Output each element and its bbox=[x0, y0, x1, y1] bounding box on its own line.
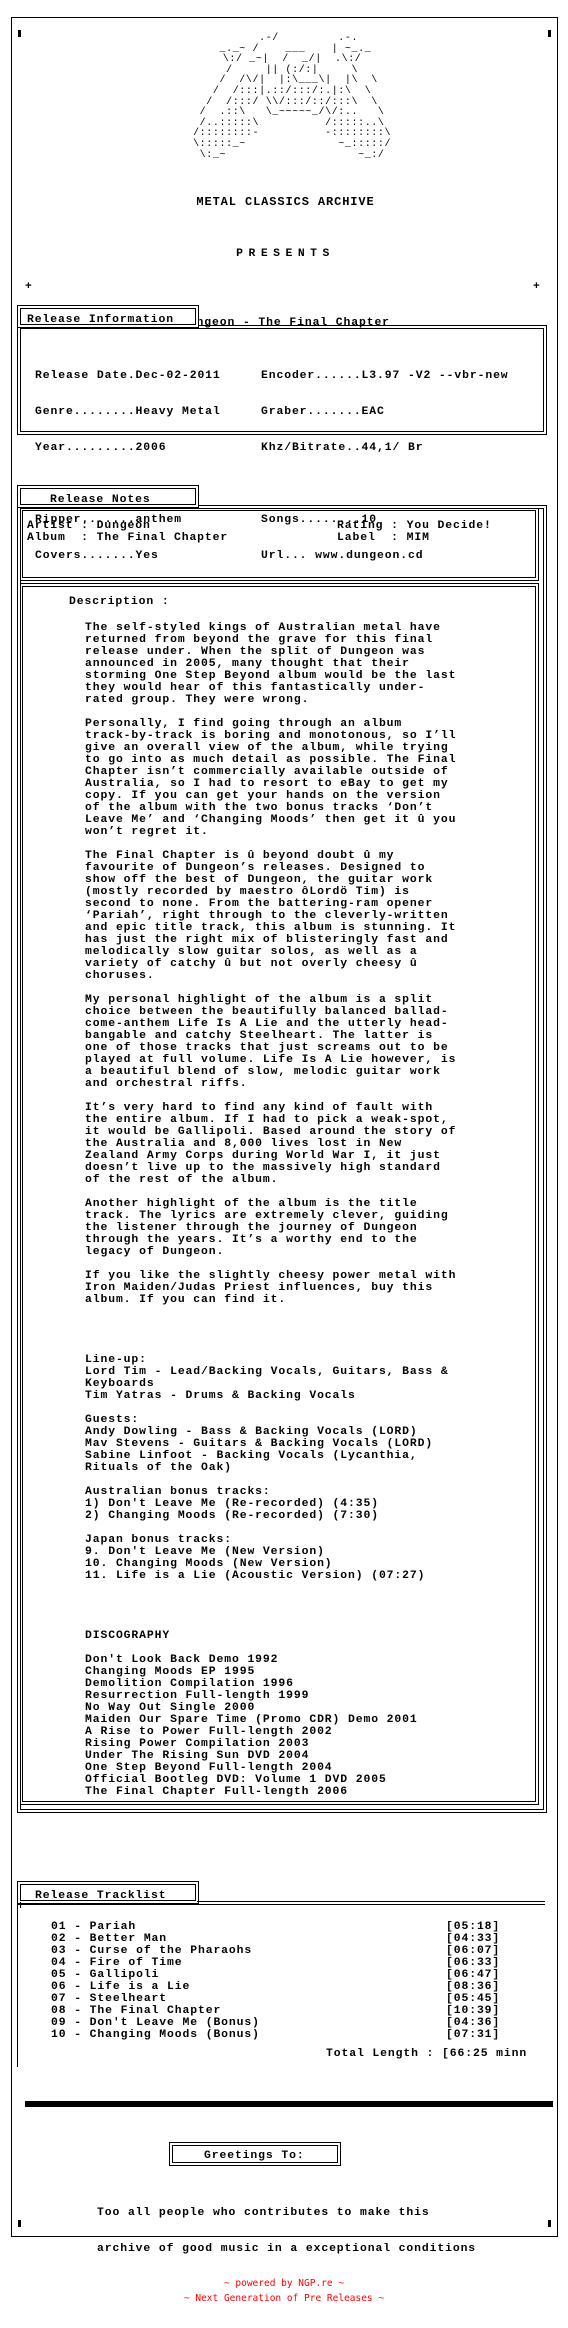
description-paragraph: It’s very hard to find any kind of fault… bbox=[85, 1102, 456, 1186]
description-paragraph: If you like the slightly cheesy power me… bbox=[85, 1270, 456, 1306]
track-title: 04 - Fire of Time bbox=[51, 1957, 183, 1969]
description-paragraph: My personal highlight of the album is a … bbox=[85, 994, 456, 1090]
notes-section-line: 9. Don't Leave Me (New Version) bbox=[85, 1546, 456, 1558]
release-info-line: Genre........Heavy Metal bbox=[35, 406, 221, 418]
notes-section-line: 10. Changing Moods (New Version) bbox=[85, 1558, 456, 1570]
track-length: [10:39] bbox=[446, 2005, 500, 2017]
description-paragraph: The self-styled kings of Australian meta… bbox=[85, 622, 456, 706]
discography-item: No Way Out Single 2000 bbox=[85, 1702, 456, 1714]
track-length: [04:36] bbox=[446, 2017, 500, 2029]
release-notes-description-panel: Description : The self-styled kings of A… bbox=[20, 583, 539, 1805]
track-title: 05 - Gallipoli bbox=[51, 1969, 159, 1981]
track-title: 09 - Don't Leave Me (Bonus) bbox=[51, 2017, 260, 2029]
notes-section-heading: Australian bonus tracks: bbox=[85, 1486, 456, 1498]
title-marker-right: + bbox=[533, 281, 541, 293]
notes-section-heading: Line-up: bbox=[85, 1354, 456, 1366]
release-notes-tab-label: Release Notes bbox=[50, 494, 151, 506]
discography-item: Demolition Compilation 1996 bbox=[85, 1678, 456, 1690]
discography-item: Changing Moods EP 1995 bbox=[85, 1666, 456, 1678]
release-info-box: Release Date.Dec-02-2011 Genre........He… bbox=[17, 326, 547, 435]
notes-section-heading: Guests: bbox=[85, 1414, 456, 1426]
track-title: 10 - Changing Moods (Bonus) bbox=[51, 2029, 260, 2041]
notes-section-line: Lord Tim - Lead/Backing Vocals, Guitars,… bbox=[85, 1366, 456, 1378]
notes-section-line: Andy Dowling - Bass & Backing Vocals (LO… bbox=[85, 1426, 456, 1438]
tracklist-box: 01 - Pariah[05:18]02 - Better Man[04:33]… bbox=[17, 1902, 545, 2067]
discography-item: Don't Look Back Demo 1992 bbox=[85, 1654, 456, 1666]
total-length: Total Length : [66:25 minn bbox=[326, 2048, 527, 2060]
release-notes-summary-panel: Artist : Dungeon Album : The Final Chapt… bbox=[20, 508, 539, 581]
track-row: 04 - Fire of Time[06:33] bbox=[51, 1957, 511, 1969]
track-row: 01 - Pariah[05:18] bbox=[51, 1921, 511, 1933]
notes-section-line: Sabine Linfoot - Backing Vocals (Lycanth… bbox=[85, 1450, 456, 1462]
track-row: 03 - Curse of the Pharaohs[06:07] bbox=[51, 1945, 511, 1957]
track-length: [07:31] bbox=[446, 2029, 500, 2041]
notes-section-heading: Japan bonus tracks: bbox=[85, 1534, 456, 1546]
release-info-tab-label: Release Information bbox=[27, 314, 174, 326]
track-list: 01 - Pariah[05:18]02 - Better Man[04:33]… bbox=[51, 1921, 511, 2041]
release-notes-tab: Release Notes bbox=[17, 485, 199, 508]
track-row: 06 - Life is a Lie[08:36] bbox=[51, 1981, 511, 1993]
release-info-line: Release Date.Dec-02-2011 bbox=[35, 370, 221, 382]
notes-section-line: Tim Yatras - Drums & Backing Vocals bbox=[85, 1390, 456, 1402]
discography-item: A Rise to Power Full-length 2002 bbox=[85, 1726, 456, 1738]
track-length: [08:36] bbox=[446, 1981, 500, 1993]
nfo-frame: .-/ .-. _._~ / ___ | ~_._ \:/ _~| / _/| … bbox=[11, 17, 558, 2237]
artist-line: Artist : Dungeon bbox=[27, 520, 151, 532]
notes-section-line: Rituals of the Oak) bbox=[85, 1462, 456, 1474]
track-row: 10 - Changing Moods (Bonus)[07:31] bbox=[51, 2029, 511, 2041]
greetings-text: Too all people who contributes to make t… bbox=[97, 2183, 476, 2279]
discography-item: Resurrection Full-length 1999 bbox=[85, 1690, 456, 1702]
notes-section-line: 2) Changing Moods (Re-recorded) (7:30) bbox=[85, 1510, 456, 1522]
frame-corner-marker bbox=[548, 2220, 551, 2227]
track-title: 03 - Curse of the Pharaohs bbox=[51, 1945, 252, 1957]
track-row: 09 - Don't Leave Me (Bonus)[04:36] bbox=[51, 2017, 511, 2029]
tracklist-tab-label: Release Tracklist bbox=[35, 1890, 167, 1902]
discography-item: One Step Beyond Full-length 2004 bbox=[85, 1762, 456, 1774]
release-info-line: Encoder......L3.97 -V2 --vbr-new bbox=[261, 370, 509, 382]
discography-item: Official Bootleg DVD: Volume 1 DVD 2005 bbox=[85, 1774, 456, 1786]
description-paragraph: Personally, I find going through an albu… bbox=[85, 718, 456, 838]
track-row: 07 - Steelheart[05:45] bbox=[51, 1993, 511, 2005]
track-row: 08 - The Final Chapter[10:39] bbox=[51, 2005, 511, 2017]
greetings-line: Too all people who contributes to make t… bbox=[97, 2207, 476, 2219]
discography-item: Under The Rising Sun DVD 2004 bbox=[85, 1750, 456, 1762]
track-length: [05:18] bbox=[446, 1921, 500, 1933]
discography-item: Maiden Our Spare Time (Promo CDR) Demo 2… bbox=[85, 1714, 456, 1726]
track-title: 08 - The Final Chapter bbox=[51, 2005, 221, 2017]
track-title: 06 - Life is a Lie bbox=[51, 1981, 190, 1993]
track-length: [05:45] bbox=[446, 1993, 500, 2005]
presents-label: PRESENTS bbox=[12, 248, 559, 260]
notes-section-line: 11. Life is a Lie (Acoustic Version) (07… bbox=[85, 1570, 456, 1582]
description-paragraph: The Final Chapter is û beyond doubt û my… bbox=[85, 850, 456, 982]
rating-line: Rating : You Decide! bbox=[337, 520, 492, 532]
tracklist-tab: Release Tracklist bbox=[17, 1881, 199, 1904]
release-info-line: Year.........2006 bbox=[35, 442, 221, 454]
release-info-tab: Release Information bbox=[17, 305, 199, 328]
discography-heading: DISCOGRAPHY bbox=[85, 1630, 456, 1642]
title-marker-left: + bbox=[25, 281, 33, 293]
greetings-heading: Greetings To: bbox=[204, 2150, 305, 2162]
release-info-line: Khz/Bitrate..44,1/ Br bbox=[261, 442, 509, 454]
release-notes-box: Artist : Dungeon Album : The Final Chapt… bbox=[17, 506, 547, 1813]
album-line: Album : The Final Chapter bbox=[27, 532, 228, 544]
section-divider bbox=[25, 2101, 553, 2107]
track-row: 05 - Gallipoli[06:47] bbox=[51, 1969, 511, 1981]
track-row: 02 - Better Man[04:33] bbox=[51, 1933, 511, 1945]
track-title: 07 - Steelheart bbox=[51, 1993, 167, 2005]
label-line: Label : MIM bbox=[337, 532, 430, 544]
track-length: [04:33] bbox=[446, 1933, 500, 1945]
description-heading: Description : bbox=[69, 596, 170, 608]
discography-item: The Final Chapter Full-length 2006 bbox=[85, 1786, 456, 1798]
notes-section-line: 1) Don't Leave Me (Re-recorded) (4:35) bbox=[85, 1498, 456, 1510]
ascii-logo: .-/ .-. _._~ / ___ | ~_._ \:/ _~| / _/| … bbox=[12, 34, 559, 161]
archive-name: METAL CLASSICS ARCHIVE bbox=[12, 196, 559, 208]
description-body: The self-styled kings of Australian meta… bbox=[85, 622, 456, 1798]
description-paragraph: Another highlight of the album is the ti… bbox=[85, 1198, 456, 1258]
track-length: [06:07] bbox=[446, 1945, 500, 1957]
track-title: 02 - Better Man bbox=[51, 1933, 167, 1945]
greetings-line: archive of good music in a exceptional c… bbox=[97, 2243, 476, 2255]
track-length: [06:33] bbox=[446, 1957, 500, 1969]
track-length: [06:47] bbox=[446, 1969, 500, 1981]
footer-powered-by: ~ powered by NGP.re ~ bbox=[0, 2278, 568, 2289]
track-title: 01 - Pariah bbox=[51, 1921, 136, 1933]
notes-section-line: Keyboards bbox=[85, 1378, 456, 1390]
discography-item: Rising Power Compilation 2003 bbox=[85, 1738, 456, 1750]
footer-tagline: ~ Next Generation of Pre Releases ~ bbox=[0, 2293, 568, 2304]
frame-corner-marker bbox=[18, 2220, 21, 2227]
release-info-line: Graber.......EAC bbox=[261, 406, 509, 418]
greetings-box: Greetings To: bbox=[169, 2142, 341, 2166]
notes-section-line: Mav Stevens - Guitars & Backing Vocals (… bbox=[85, 1438, 456, 1450]
